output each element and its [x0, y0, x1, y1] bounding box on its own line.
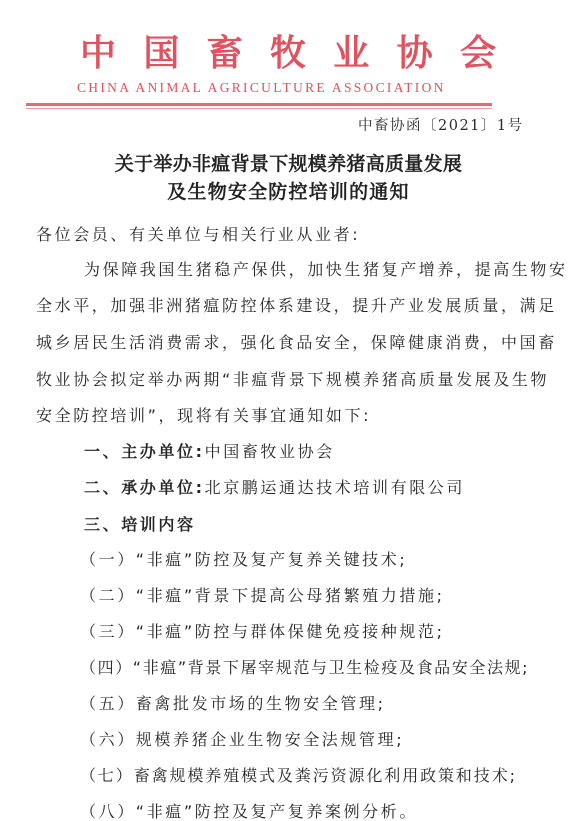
section-co-organizer: 二、承办单位:北京鹏运通达技术培训有限公司 — [84, 475, 465, 498]
section-organizer: 一、主办单位:中国畜牧业协会 — [84, 439, 335, 462]
training-item: （二）“非瘟”背景下提高公母猪繁殖力措施; — [80, 583, 445, 606]
training-item: （八）“非瘟”防控及复产复养案例分析。 — [80, 799, 418, 821]
section-training-content-heading: 三、培训内容 — [84, 512, 196, 535]
training-item: （一）“非瘟”防控及复产复养关键技术; — [80, 547, 407, 570]
org-name-chinese: 中 国 畜 牧 业 协 会 — [78, 33, 498, 73]
document-title-line-1: 关于举办非瘟背景下规模养猪高质量发展 — [0, 149, 577, 176]
training-item: （三）“非瘟”防控与群体保健免疫接种规范; — [80, 619, 445, 642]
letterhead: 中 国 畜 牧 业 协 会 CHINA ANIMAL AGRICULTURE A… — [0, 0, 577, 112]
org-name-char: 业 — [331, 33, 371, 73]
org-name-char: 协 — [395, 33, 435, 73]
org-name-char: 牧 — [268, 33, 308, 73]
salutation: 各位会员、有关单位与相关行业从业者: — [36, 222, 360, 245]
section-label: 二、承办单位: — [84, 478, 205, 497]
training-item: （六）规模养猪企业生物安全法规管理; — [80, 727, 404, 750]
intro-line: 牧业协会拟定举办两期“非瘟背景下规模养猪高质量发展及生物 — [36, 367, 549, 390]
org-name-english: CHINA ANIMAL AGRICULTURE ASSOCIATION — [77, 80, 497, 96]
section-label: 一、主办单位: — [84, 442, 205, 461]
intro-line: 城乡居民生活消费需求，强化食品安全，保障健康消费，中国畜 — [36, 330, 557, 353]
letterhead-divider-thin — [26, 108, 492, 109]
document-title-line-2: 及生物安全防控培训的通知 — [0, 177, 577, 204]
training-item: （七）畜禽规模养殖模式及粪污资源化利用政策和技术; — [80, 763, 517, 786]
letterhead-divider-thick — [26, 103, 492, 106]
section-value: 北京鹏运通达技术培训有限公司 — [205, 478, 465, 497]
intro-line: 安全防控培训”，现将有关事宜通知如下: — [36, 403, 371, 426]
training-item: （四）“非瘟”背景下屠宰规范与卫生检疫及食品安全法规; — [80, 655, 529, 678]
org-name-char: 国 — [141, 33, 181, 73]
section-value: 中国畜牧业协会 — [205, 442, 335, 461]
org-name-char: 畜 — [205, 33, 245, 73]
intro-line: 全水平，加强非洲猪瘟防控体系建设，提升产业发展质量，满足 — [36, 293, 557, 316]
intro-line: 为保障我国生猪稳产保供，加快生猪复产增养，提高生物安 — [84, 257, 568, 280]
org-name-char: 中 — [78, 33, 118, 73]
document-number: 中畜协函〔2021〕1号 — [358, 114, 524, 135]
org-name-char: 会 — [458, 33, 498, 73]
training-item: （五）畜禽批发市场的生物安全管理; — [80, 691, 386, 714]
